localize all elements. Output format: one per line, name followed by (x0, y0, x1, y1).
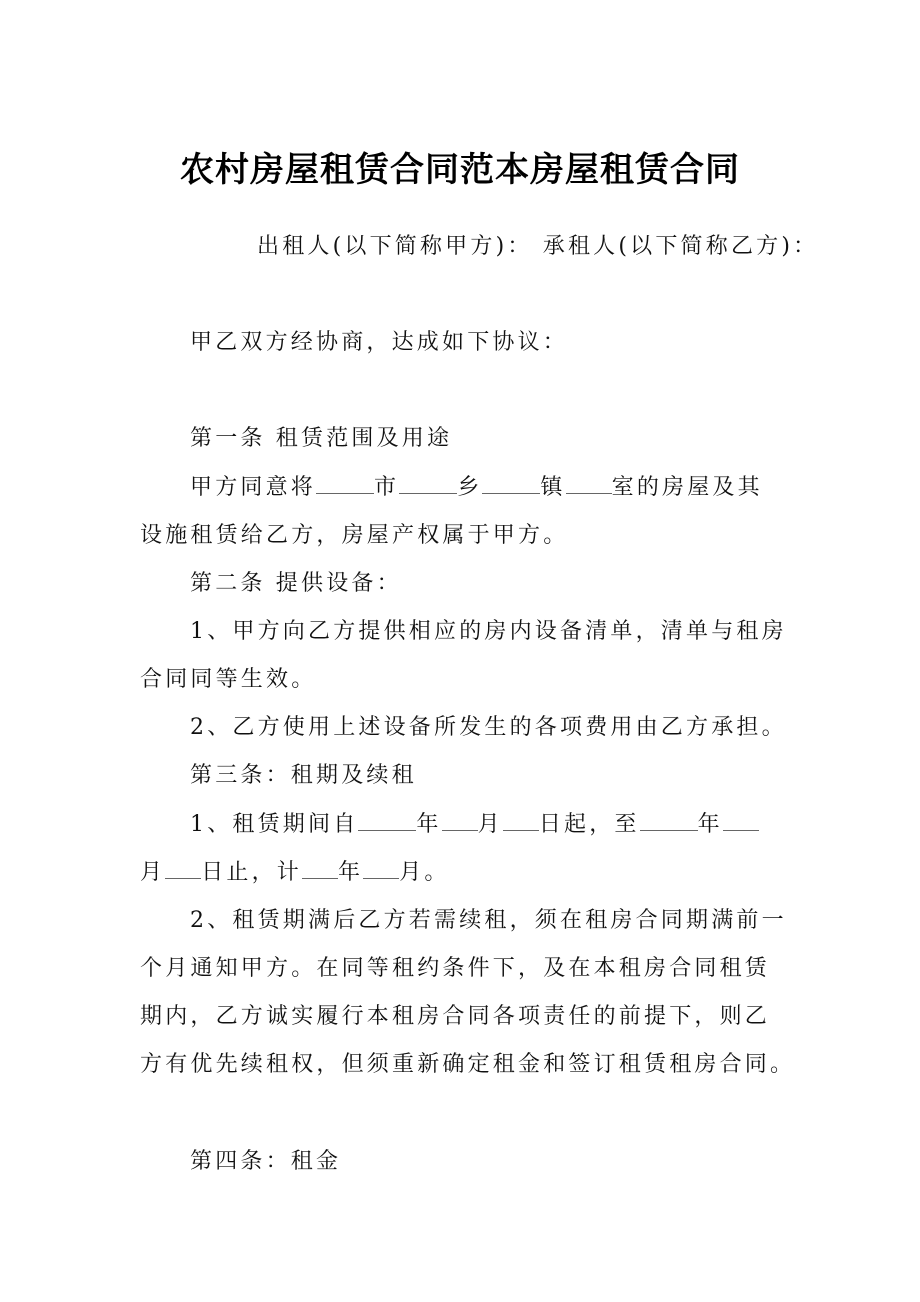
article3-item2-line2: 个月通知甲方。在同等租约条件下，及在本租房合同租赁 (140, 954, 770, 984)
text-segment: 年 (698, 812, 723, 837)
fill-blank-start-year[interactable] (358, 810, 416, 831)
fill-blank-end-year[interactable] (640, 810, 698, 831)
article3-item2-line3: 期内，乙方诚实履行本租房合同各项责任的前提下，则乙 (140, 1002, 770, 1032)
fill-blank-start-day[interactable] (503, 810, 539, 831)
article2-item2: 2、乙方使用上述设备所发生的各项费用由乙方承担。 (190, 713, 787, 743)
text-segment: 1、租赁期间自 (190, 812, 358, 837)
intro-text: 甲乙双方经协商，达成如下协议： (190, 328, 568, 358)
text-segment: 市 (374, 475, 399, 500)
article4-heading: 第四条：租金 (190, 1147, 341, 1177)
article3-heading: 第三条：租期及续租 (190, 761, 417, 791)
article2-heading: 第二条 提供设备： (190, 569, 402, 599)
text-segment: 室的房屋及其 (612, 475, 763, 500)
article1-heading: 第一条 租赁范围及用途 (190, 424, 452, 454)
fill-blank-end-day[interactable] (165, 858, 201, 879)
article1-paragraph-line2: 设施租赁给乙方，房屋产权属于甲方。 (140, 521, 568, 551)
fill-blank-end-month[interactable] (723, 810, 759, 831)
text-segment: 年 (338, 860, 363, 885)
article3-item2-line4: 方有优先续租权，但须重新确定租金和签订租赁租房合同。 (140, 1050, 795, 1080)
article1-paragraph-line1: 甲方同意将市乡镇室的房屋及其 (190, 473, 763, 503)
fill-blank-town[interactable] (482, 473, 540, 494)
text-segment: 镇 (540, 475, 565, 500)
text-segment: 月。 (399, 860, 449, 885)
text-segment: 年 (416, 812, 441, 837)
fill-blank-room[interactable] (566, 473, 612, 494)
text-segment: 月 (140, 860, 165, 885)
fill-blank-start-month[interactable] (442, 810, 478, 831)
article3-item2-line1: 2、租赁期满后乙方若需续租，须在租房合同期满前一 (190, 906, 787, 936)
text-segment: 乡 (457, 475, 482, 500)
text-segment: 月 (478, 812, 503, 837)
article2-item1-line2: 合同同等生效。 (140, 665, 316, 695)
fill-blank-township[interactable] (399, 473, 457, 494)
fill-blank-term-months[interactable] (363, 858, 399, 879)
text-segment: 日起，至 (539, 812, 640, 837)
article2-item1-line1: 1、甲方向乙方提供相应的房内设备清单，清单与租房 (190, 617, 787, 647)
article3-item1-line2: 月日止，计年月。 (140, 858, 450, 888)
document-title: 农村房屋租赁合同范本房屋租赁合同 (0, 142, 920, 191)
text-segment: 甲方同意将 (190, 475, 316, 500)
fill-blank-city[interactable] (316, 473, 374, 494)
fill-blank-term-years[interactable] (302, 858, 338, 879)
text-segment: 日止，计 (201, 860, 302, 885)
parties-line: 出租人(以下简称甲方)： 承租人(以下简称乙方)： (257, 232, 818, 262)
article3-item1-line1: 1、租赁期间自年月日起，至年 (190, 810, 759, 840)
